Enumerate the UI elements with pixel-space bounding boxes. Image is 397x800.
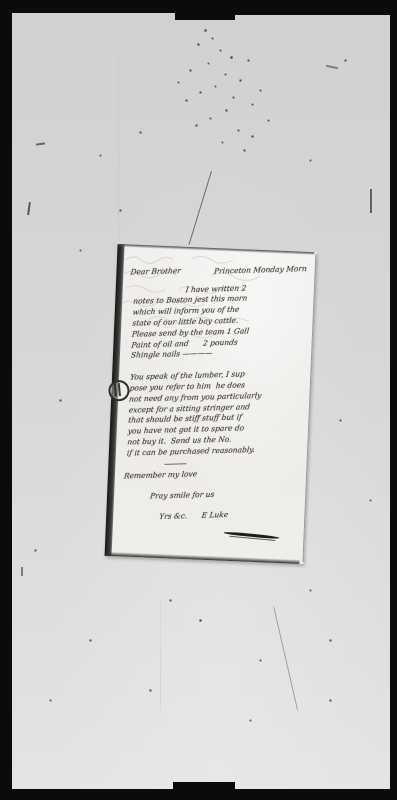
letter-closing-line: Pray smile for us: [149, 488, 299, 503]
film-streak: [118, 55, 119, 240]
scratch-mark: [21, 567, 23, 576]
scratch-mark: [370, 189, 372, 213]
letter-closing-line: Remember my love: [123, 466, 300, 482]
letter-text: Princeton Monday Morn Dear Brother I hav…: [124, 257, 309, 529]
letter-paragraph: You speak of the lumber, I suppose you r…: [127, 373, 304, 467]
letter-paper: Princeton Monday Morn Dear Brother I hav…: [105, 244, 317, 564]
film-streak: [160, 600, 161, 710]
letter-salutation: Dear Brother: [130, 262, 309, 278]
microfilm-frame: Princeton Monday Morn Dear Brother I hav…: [0, 0, 397, 800]
film-notch-top: [175, 13, 235, 20]
letter-signature: Yrs &c. E Luke: [159, 508, 299, 523]
film-notch-bottom: [173, 782, 235, 790]
underline-mark: [164, 463, 186, 465]
dust-speckles: [0, 0, 1, 1]
letter-paragraph: I have written 2notes to Boston jest thi…: [131, 286, 308, 369]
frame-border-step: [235, 13, 397, 15]
